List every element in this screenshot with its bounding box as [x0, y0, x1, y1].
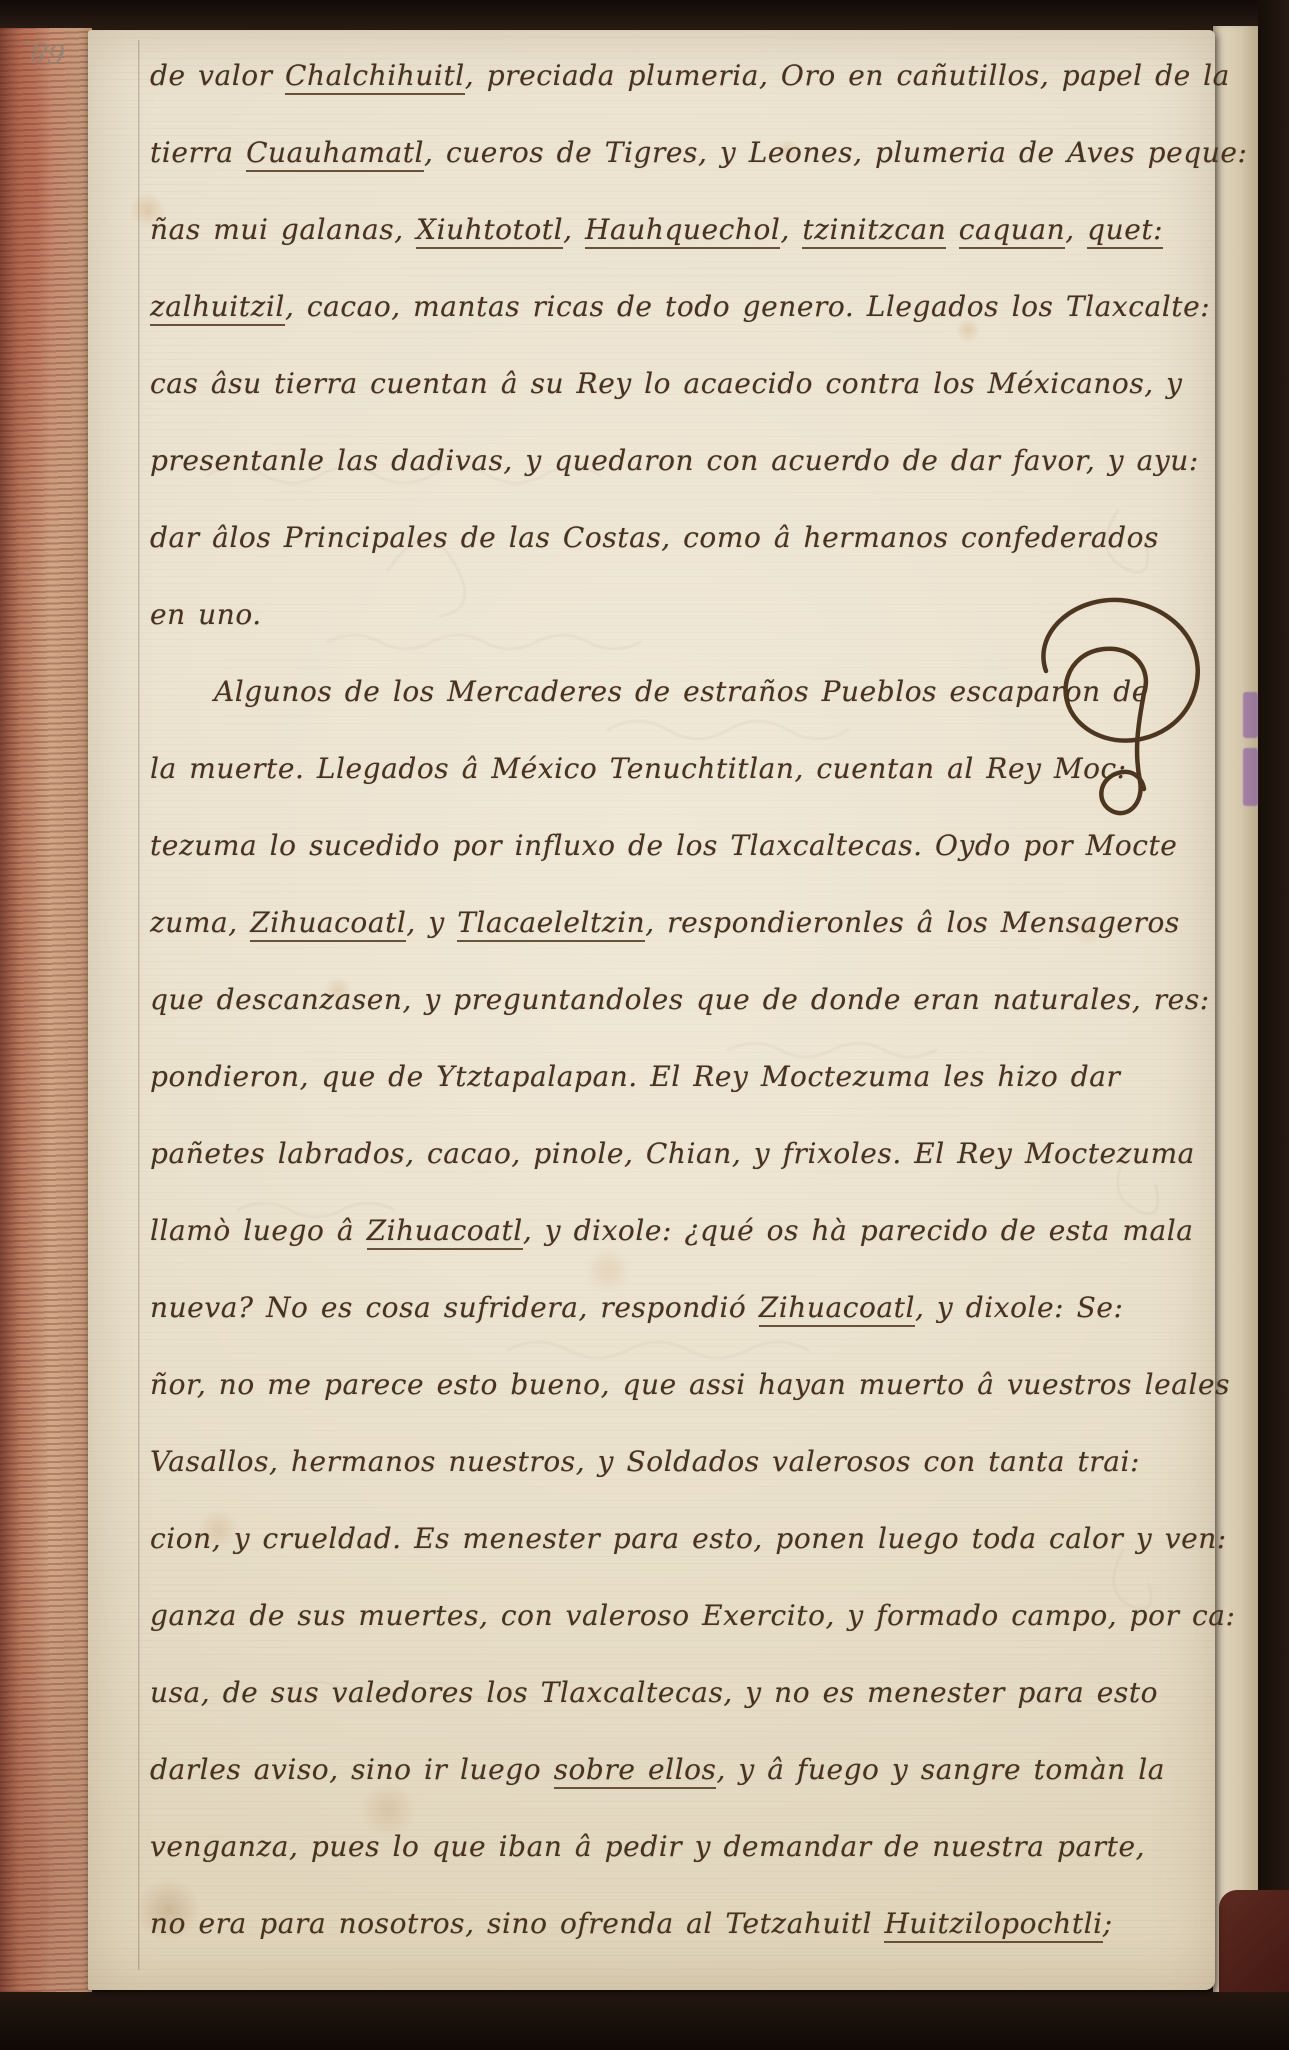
text-segment: cas âsu tierra cuentan â su Rey lo acaec… — [150, 367, 1183, 400]
archive-stamp — [1243, 748, 1258, 806]
text-segment: Vasallos, hermanos nuestros, y Soldados … — [150, 1445, 1140, 1478]
text-segment: presentanle las dadivas, y quedaron con … — [150, 444, 1199, 477]
text-segment: ganza de sus muertes, con valeroso Exerc… — [150, 1599, 1235, 1632]
manuscript-line: ñor, no me parece esto bueno, que assi h… — [150, 1353, 1200, 1430]
text-segment: llamò luego â — [150, 1214, 367, 1247]
text-segment: pondieron, que de Ytztapalapan. El Rey M… — [150, 1060, 1120, 1093]
manuscript-line: Algunos de los Mercaderes de estraños Pu… — [150, 660, 1200, 737]
manuscript-line: en uno. — [150, 583, 1200, 660]
manuscript-page: 68. de valor Chalchihuitl, preciada plum… — [88, 30, 1215, 1990]
manuscript-line: tierra Cuauhamatl, cueros de Tigres, y L… — [150, 121, 1200, 198]
underlined-term: Tlacaeleltzin — [457, 906, 645, 942]
archive-stamp — [1243, 692, 1258, 738]
text-segment: Algunos de los Mercaderes de estraños Pu… — [214, 675, 1149, 708]
manuscript-line: presentanle las dadivas, y quedaron con … — [150, 429, 1200, 506]
underlined-term: Hauhquechol — [585, 213, 780, 249]
manuscript-line: que descanzasen, y preguntandoles que de… — [150, 968, 1200, 1045]
text-segment: nueva? No es cosa sufridera, respondió — [150, 1291, 759, 1324]
manuscript-line: tezuma lo sucedido por influxo de los Tl… — [150, 814, 1200, 891]
text-segment: , y â fuego y sangre tomàn la — [716, 1753, 1165, 1786]
text-segment: , — [780, 213, 802, 246]
book-binding-top — [0, 0, 1289, 32]
manuscript-line: pondieron, que de Ytztapalapan. El Rey M… — [150, 1045, 1200, 1122]
text-segment: venganza, pues lo que iban â pedir y dem… — [150, 1830, 1145, 1863]
text-segment: , cacao, mantas ricas de todo genero. Ll… — [285, 290, 1210, 323]
next-page-edge — [1213, 26, 1261, 1994]
underlined-term: tzinitzcan — [802, 213, 946, 249]
manuscript-line: ñas mui galanas, Xiuhtototl, Hauhquechol… — [150, 198, 1200, 275]
manuscript-line: pañetes labrados, cacao, pinole, Chian, … — [150, 1122, 1200, 1199]
manuscript-line: llamò luego â Zihuacoatl, y dixole: ¿qué… — [150, 1199, 1200, 1276]
underlined-term: quet: — [1087, 213, 1163, 249]
text-segment: la muerte. Llegados â México Tenuchtitla… — [150, 752, 1127, 785]
manuscript-line: de valor Chalchihuitl, preciada plumeria… — [150, 44, 1200, 121]
underlined-term: Zihuacoatl — [759, 1291, 915, 1327]
text-segment: , — [1065, 213, 1087, 246]
text-segment: que descanzasen, y preguntandoles que de… — [150, 983, 1210, 1016]
text-segment: , preciada plumeria, Oro en cañutillos, … — [465, 59, 1230, 92]
text-block: de valor Chalchihuitl, preciada plumeria… — [150, 44, 1200, 1969]
underlined-term: Chalchihuitl — [285, 59, 465, 95]
text-segment: pañetes labrados, cacao, pinole, Chian, … — [150, 1137, 1195, 1170]
text-segment: , respondieronles â los Mensageros — [645, 906, 1180, 939]
manuscript-line: cion, y crueldad. Es menester para esto,… — [150, 1507, 1200, 1584]
underlined-term: Zihuacoatl — [367, 1214, 523, 1250]
text-segment — [946, 213, 958, 246]
page-fore-edges — [0, 28, 92, 1994]
text-segment: tierra — [150, 136, 246, 169]
text-segment: , y dixole: ¿qué os hà parecido de esta … — [523, 1214, 1194, 1247]
underlined-term: Zihuacoatl — [250, 906, 406, 942]
text-segment: dar âlos Principales de las Costas, como… — [150, 521, 1159, 554]
book-binding-bottom — [0, 1992, 1289, 2050]
manuscript-line: cas âsu tierra cuentan â su Rey lo acaec… — [150, 352, 1200, 429]
text-segment: ñas mui galanas, — [150, 213, 416, 246]
text-segment: , y dixole: Se: — [915, 1291, 1124, 1324]
text-segment: , y — [406, 906, 457, 939]
manuscript-line: Vasallos, hermanos nuestros, y Soldados … — [150, 1430, 1200, 1507]
text-segment: de valor — [150, 59, 285, 92]
text-segment: ñor, no me parece esto bueno, que assi h… — [150, 1368, 1230, 1401]
manuscript-line: la muerte. Llegados â México Tenuchtitla… — [150, 737, 1200, 814]
underlined-term: Xiuhtototl — [416, 213, 563, 249]
manuscript-line: zalhuitzil, cacao, mantas ricas de todo … — [150, 275, 1200, 352]
manuscript-line: no era para nosotros, sino ofrenda al Te… — [150, 1892, 1200, 1969]
manuscript-line: dar âlos Principales de las Costas, como… — [150, 506, 1200, 583]
text-segment: en uno. — [150, 598, 262, 631]
manuscript-line: ganza de sus muertes, con valeroso Exerc… — [150, 1584, 1200, 1661]
text-segment: no era para nosotros, sino ofrenda al Te… — [150, 1907, 884, 1940]
manuscript-line: zuma, Zihuacoatl, y Tlacaeleltzin, respo… — [150, 891, 1200, 968]
text-segment: darles aviso, sino ir luego — [150, 1753, 554, 1786]
manuscript-line: darles aviso, sino ir luego sobre ellos,… — [150, 1738, 1200, 1815]
underlined-term: sobre ellos — [554, 1753, 717, 1789]
underlined-term: zalhuitzil — [150, 290, 285, 326]
text-segment: tezuma lo sucedido por influxo de los Tl… — [150, 829, 1177, 862]
underlined-term: caquan — [959, 213, 1065, 249]
manuscript-line: nueva? No es cosa sufridera, respondió Z… — [150, 1276, 1200, 1353]
text-segment: usa, de sus valedores los Tlaxcaltecas, … — [150, 1676, 1158, 1709]
text-segment: , cueros de Tigres, y Leones, plumeria d… — [424, 136, 1247, 169]
book-gutter — [1258, 0, 1289, 2050]
manuscript-line: venganza, pues lo que iban â pedir y dem… — [150, 1815, 1200, 1892]
text-segment: , — [563, 213, 585, 246]
margin-rule — [138, 40, 139, 1970]
folio-number: 68. — [20, 33, 66, 69]
manuscript-line: usa, de sus valedores los Tlaxcaltecas, … — [150, 1661, 1200, 1738]
text-segment: zuma, — [150, 906, 250, 939]
text-segment: cion, y crueldad. Es menester para esto,… — [150, 1522, 1227, 1555]
underlined-term: Huitzilopochtli — [884, 1907, 1102, 1943]
text-segment: ; — [1103, 1907, 1113, 1940]
underlined-term: Cuauhamatl — [246, 136, 424, 172]
